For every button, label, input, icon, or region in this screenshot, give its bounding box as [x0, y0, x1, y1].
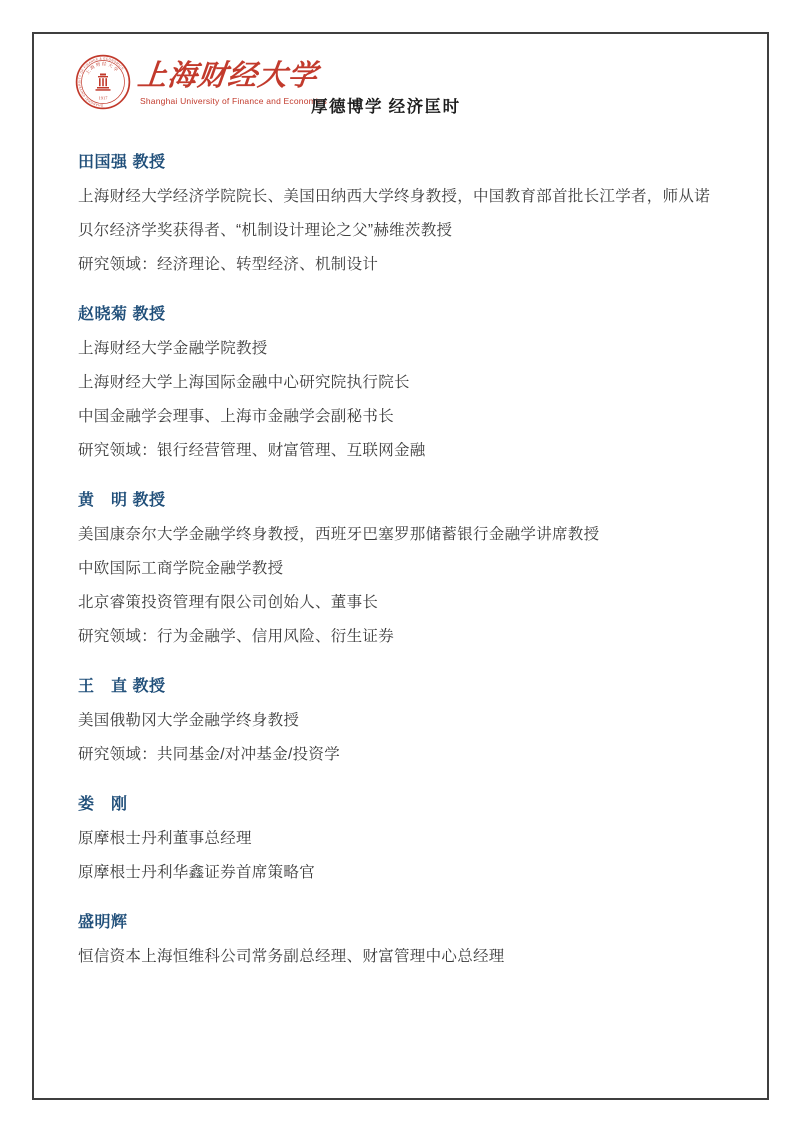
university-name-calligraphy: 上海财经大学	[136, 53, 320, 94]
person-section: 黄 明 教授 美国康奈尔大学金融学终身教授，西班牙巴塞罗那储蓄银行金融学讲席教授…	[78, 484, 743, 654]
bio-line: 研究领域：行为金融学、信用风险、衍生证券	[78, 620, 743, 654]
person-name: 王 直 教授	[78, 670, 743, 704]
bio-line: 上海财经大学经济学院院长、美国田纳西大学终身教授，中国教育部首批长江学者，师从诺	[78, 180, 743, 214]
person-name: 盛明辉	[78, 906, 743, 940]
person-section: 娄 刚 原摩根士丹利董事总经理原摩根士丹利华鑫证券首席策略官	[78, 788, 743, 890]
bio-line: 美国康奈尔大学金融学终身教授，西班牙巴塞罗那储蓄银行金融学讲席教授	[78, 518, 743, 552]
person-section: 王 直 教授 美国俄勒冈大学金融学终身教授研究领域：共同基金/对冲基金/投资学	[78, 670, 743, 772]
bio-line: 美国俄勒冈大学金融学终身教授	[78, 704, 743, 738]
university-name-english: Shanghai University of Finance and Econo…	[140, 96, 327, 106]
university-seal-icon: SHANGHAI UNIVERSITY OF FINANCE & ECONOMI…	[75, 54, 131, 110]
university-motto: 厚德博学 经济匡时	[311, 93, 461, 117]
bio-line: 原摩根士丹利华鑫证券首席策略官	[78, 856, 743, 890]
person-name: 赵晓菊 教授	[78, 298, 743, 332]
bio-line: 研究领域：银行经营管理、财富管理、互联网金融	[78, 434, 743, 468]
faculty-list: 田国强 教授 上海财经大学经济学院院长、美国田纳西大学终身教授，中国教育部首批长…	[78, 146, 743, 974]
bio-line: 中国金融学会理事、上海市金融学会副秘书长	[78, 400, 743, 434]
bio-line: 中欧国际工商学院金融学教授	[78, 552, 743, 586]
bio-line: 上海财经大学上海国际金融中心研究院执行院长	[78, 366, 743, 400]
bio-line: 上海财经大学金融学院教授	[78, 332, 743, 366]
bio-line: 恒信资本上海恒维科公司常务副总经理、财富管理中心总经理	[78, 940, 743, 974]
person-section: 盛明辉 恒信资本上海恒维科公司常务副总经理、财富管理中心总经理	[78, 906, 743, 974]
bio-line: 原摩根士丹利董事总经理	[78, 822, 743, 856]
bio-line: 研究领域：经济理论、转型经济、机制设计	[78, 248, 743, 282]
seal-building-icon	[96, 74, 111, 91]
person-name: 黄 明 教授	[78, 484, 743, 518]
bio-line: 研究领域：共同基金/对冲基金/投资学	[78, 738, 743, 772]
person-section: 田国强 教授 上海财经大学经济学院院长、美国田纳西大学终身教授，中国教育部首批长…	[78, 146, 743, 282]
bio-line: 贝尔经济学奖获得者、“机制设计理论之父”赫维茨教授	[78, 214, 743, 248]
person-name: 田国强 教授	[78, 146, 743, 180]
person-section: 赵晓菊 教授 上海财经大学金融学院教授上海财经大学上海国际金融中心研究院执行院长…	[78, 298, 743, 468]
seal-year: 1917	[99, 96, 109, 101]
bio-line: 北京睿策投资管理有限公司创始人、董事长	[78, 586, 743, 620]
person-name: 娄 刚	[78, 788, 743, 822]
